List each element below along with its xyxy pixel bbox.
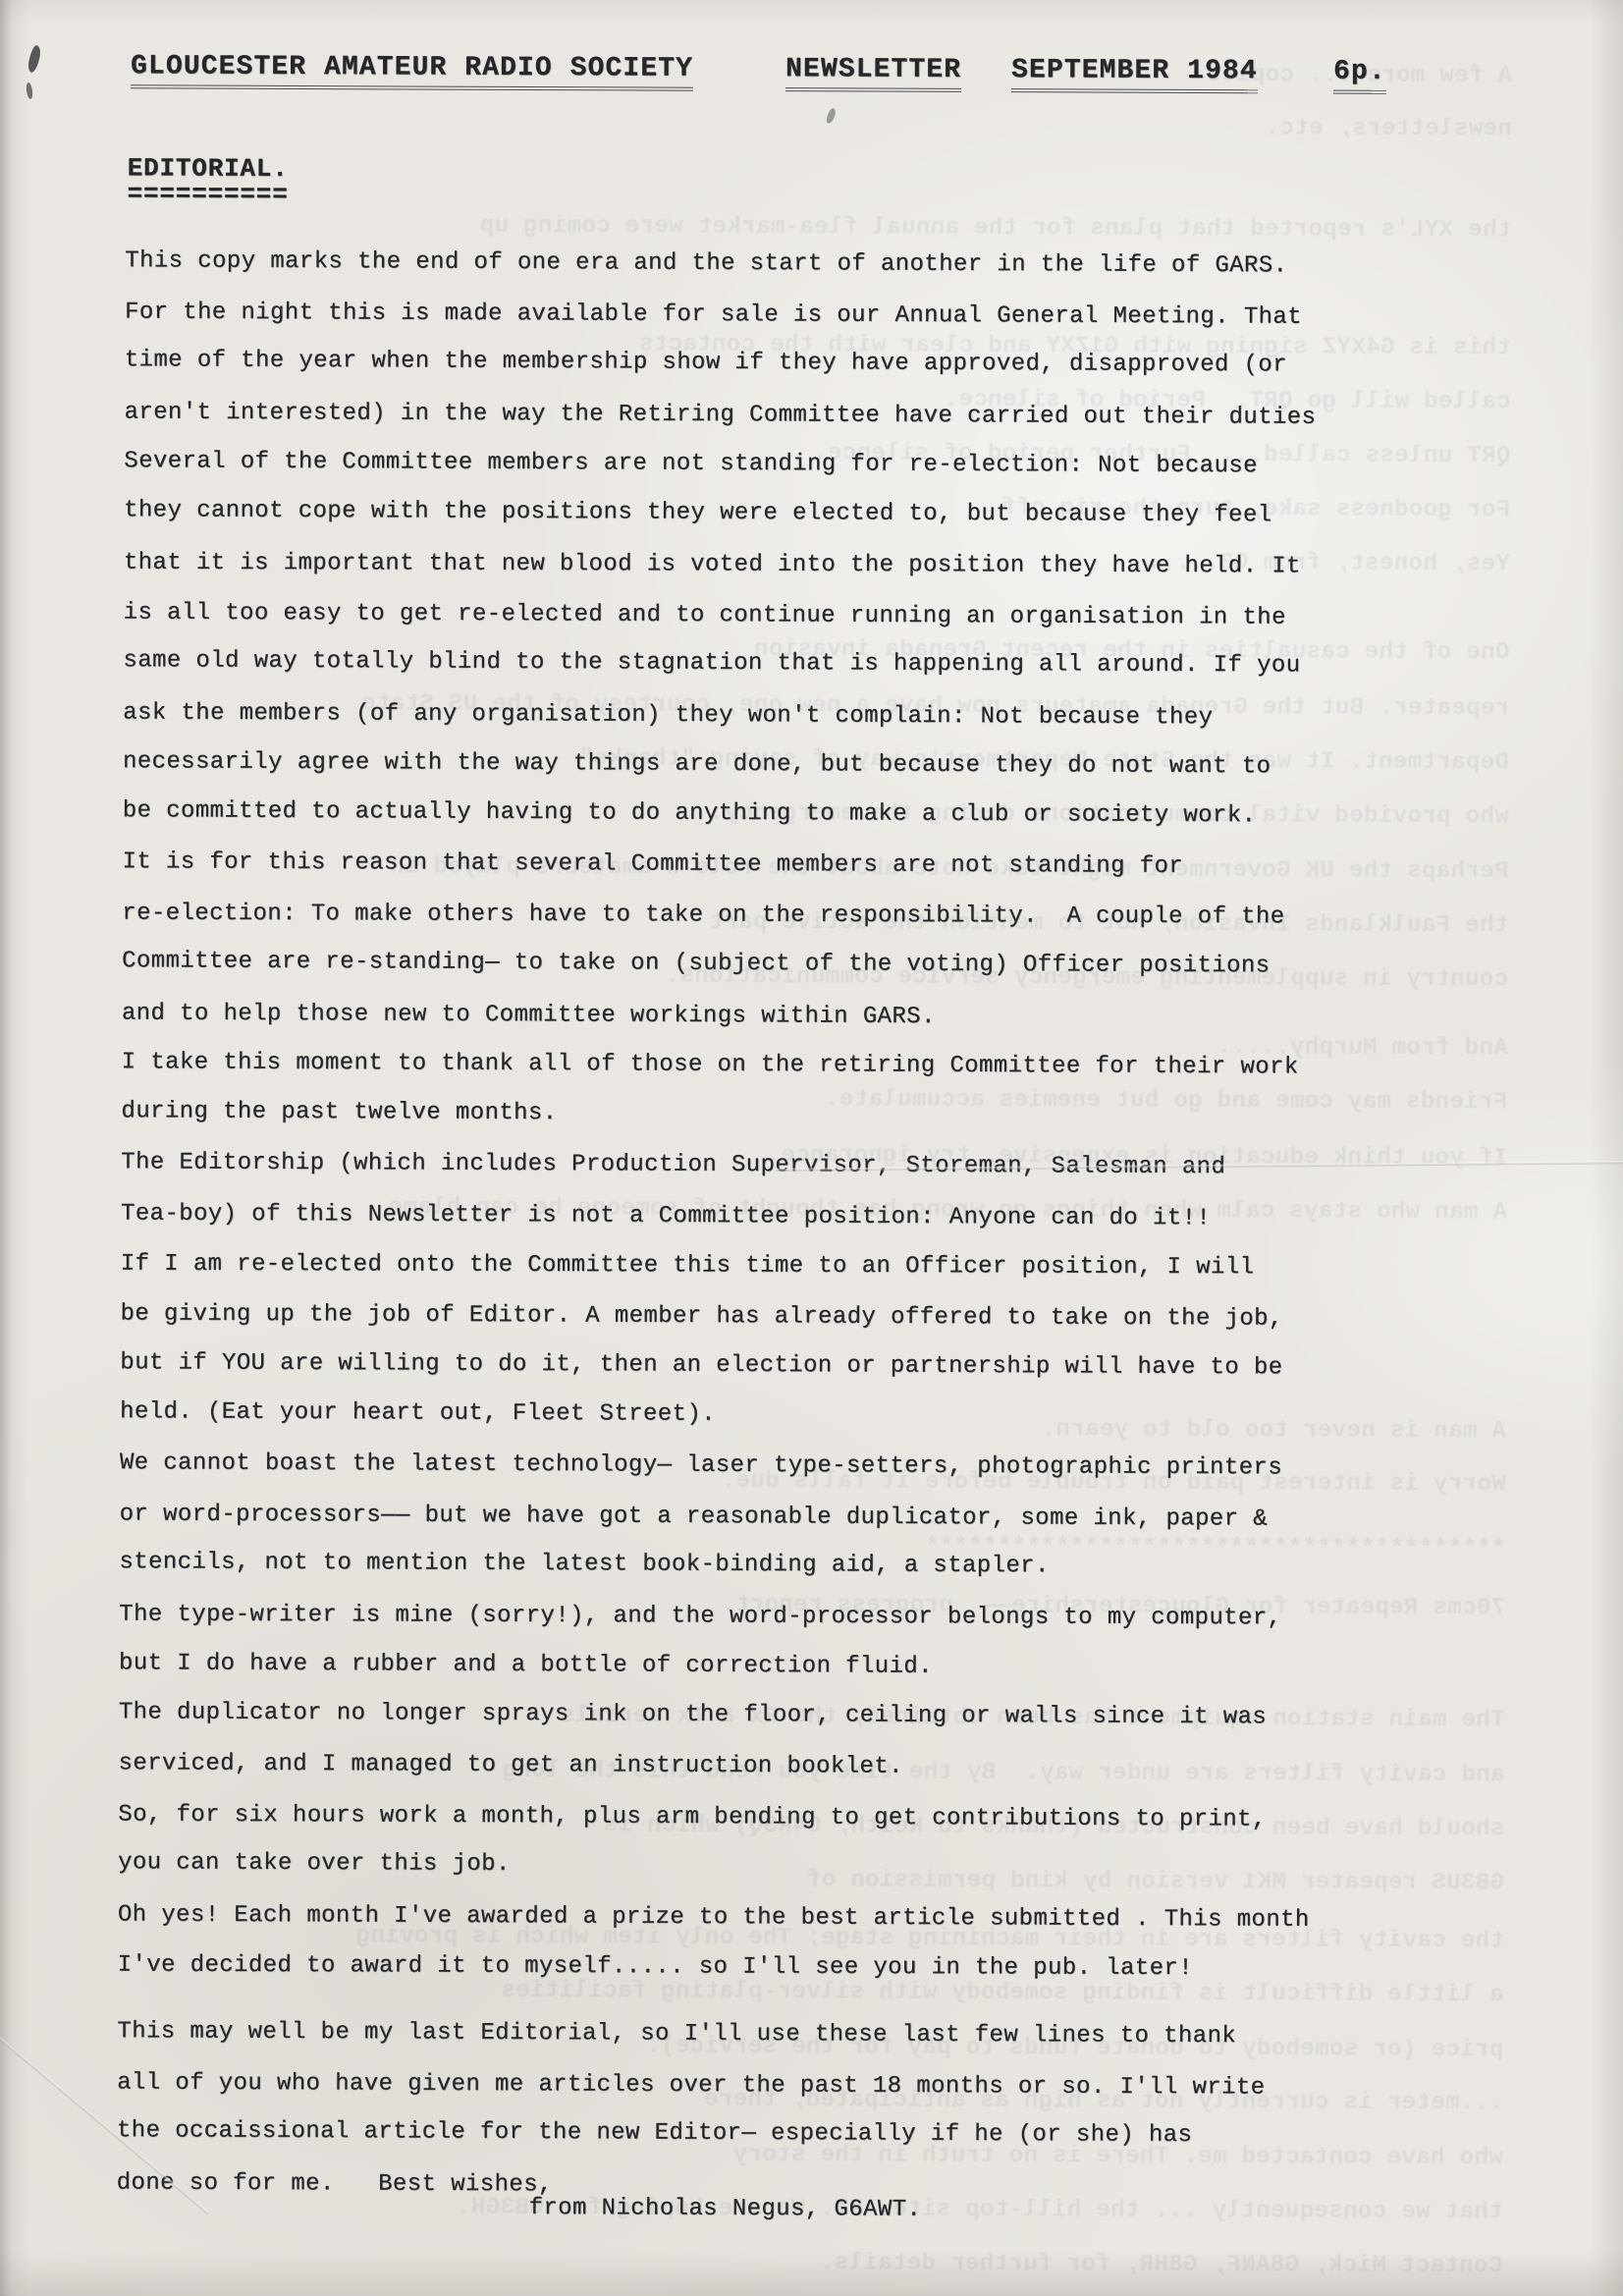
editorial-line: you can take over this job. <box>118 1837 1434 1893</box>
editorial-line: This copy marks the end of one era and t… <box>125 236 1440 292</box>
editorial-line: Several of the Committee members are not… <box>124 436 1439 492</box>
editorial-line: serviced, and I managed to get an instru… <box>118 1738 1434 1794</box>
editorial-line: all of you who have given me articles ov… <box>117 2057 1433 2113</box>
editorial-line: For the night this is made available for… <box>125 288 1440 344</box>
editorial-line: same old way totally blind to the stagna… <box>123 635 1438 691</box>
editorial-line: The duplicator no longer sprays ink on t… <box>119 1687 1434 1743</box>
editorial-line: they cannot cope with the positions they… <box>124 485 1439 541</box>
editorial-line: is all too easy to get re-elected and to… <box>124 588 1439 644</box>
editorial-line: and to help those new to Committee worki… <box>122 989 1437 1045</box>
editorial-line: necessarily agree with the way things ar… <box>123 737 1438 793</box>
editorial-heading-underline: ========== <box>127 179 288 209</box>
editorial-line: Committee are re-standing— to take on (s… <box>122 936 1437 992</box>
editorial-line: The type-writer is mine (sorry!), and th… <box>119 1590 1434 1644</box>
bleed-through-line: newsletters, etc. <box>108 110 1512 142</box>
editorial-line: I've decided to award it to myself..... … <box>118 1941 1434 1995</box>
editorial-line: be giving up the job of Editor. A member… <box>120 1288 1435 1344</box>
editorial-line: If I am re-elected onto the Committee th… <box>121 1239 1436 1293</box>
editorial-line: This may well be my last Editorial, so I… <box>117 2006 1433 2062</box>
editorial-body-block1: This copy marks the end of one era and t… <box>118 236 1441 1995</box>
editorial-line: the occaissional article for the new Edi… <box>117 2105 1433 2161</box>
editorial-line: So, for six hours work a month, plus arm… <box>118 1789 1434 1845</box>
editorial-line: that it is important that new blood is v… <box>124 538 1439 592</box>
editorial-line: re-election: To make others have to take… <box>122 889 1437 943</box>
editorial-line: Tea-boy) of this Newsletter is not a Com… <box>121 1188 1436 1244</box>
editorial-line: time of the year when the membership sho… <box>125 335 1440 391</box>
masthead-newsletter-label: NEWSLETTER <box>785 54 961 92</box>
editorial-line: Oh yes! Each month I've awarded a prize … <box>118 1889 1434 1945</box>
editorial-line: ask the members (of any organisation) th… <box>123 688 1438 744</box>
masthead-price: 6p. <box>1333 57 1386 94</box>
editorial-line: during the past twelve months. <box>121 1086 1436 1142</box>
editorial-body-block2: This may well be my last Editorial, so I… <box>116 2006 1433 2237</box>
editorial-line: be committed to actually having to do an… <box>123 786 1438 842</box>
editorial-line: done so for me. Best wishes, <box>117 2158 1433 2214</box>
editorial-line: We cannot boast the latest technology— l… <box>120 1438 1435 1494</box>
editorial-line: aren't interested) in the way the Retiri… <box>124 388 1439 444</box>
masthead-issue-date: SEPTEMBER 1984 <box>1011 55 1258 93</box>
scanned-content: A few more ... copiesnewsletters, etc.th… <box>0 0 1623 2296</box>
editorial-line: but I do have a rubber and a bottle of c… <box>119 1638 1434 1694</box>
newsletter-page: A few more ... copiesnewsletters, etc.th… <box>0 0 1623 2296</box>
editorial-line: held. (Eat your heart out, Fleet Street)… <box>120 1387 1435 1443</box>
editorial-line: I take this moment to thank all of those… <box>122 1037 1437 1093</box>
editorial-line: or word-processors—— but we have got a r… <box>120 1489 1435 1545</box>
editorial-line: but if YOU are willing to do it, then an… <box>120 1338 1435 1394</box>
editorial-body: This copy marks the end of one era and t… <box>116 236 1440 2237</box>
editorial-line: It is for this reason that several Commi… <box>122 837 1437 893</box>
masthead-society-name: GLOUCESTER AMATEUR RADIO SOCIETY <box>131 51 693 90</box>
editorial-line: stencils, not to mention the latest book… <box>119 1537 1434 1593</box>
bleed-through-line: Contact Mick, G8ANF, G8HR, for further d… <box>98 2247 1502 2279</box>
